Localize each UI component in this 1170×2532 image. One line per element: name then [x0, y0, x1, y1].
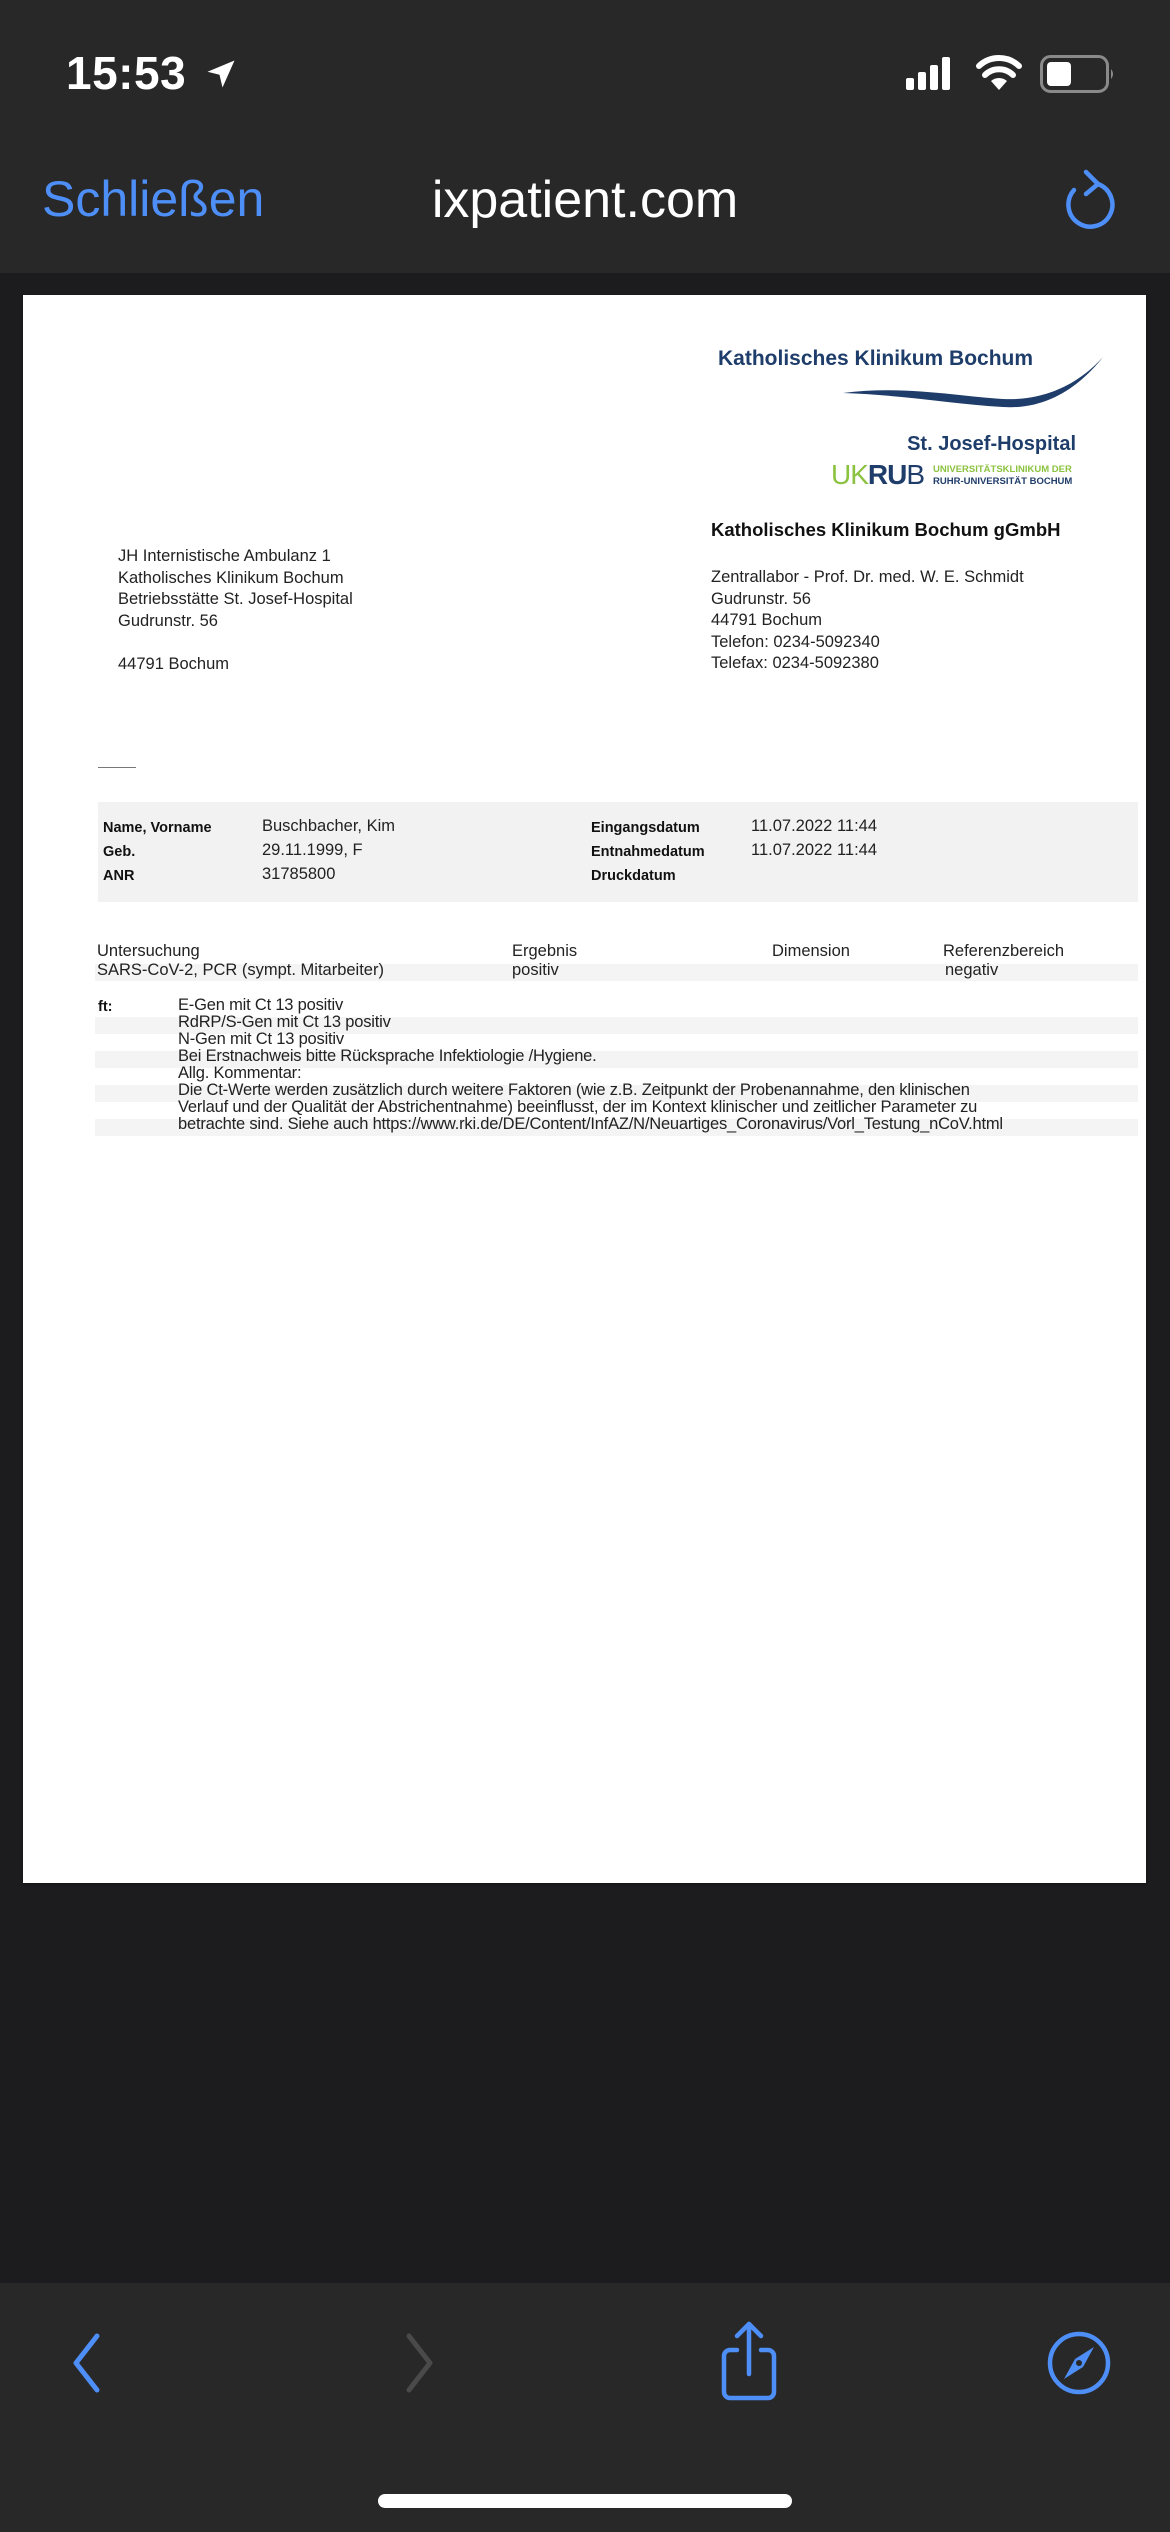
location-arrow-icon [203, 56, 239, 92]
home-indicator[interactable] [378, 2494, 792, 2508]
wifi-icon [976, 52, 1022, 92]
status-time: 15:53 [66, 46, 186, 100]
anr-value: 31785800 [262, 865, 335, 884]
header-reference: Referenzbereich [943, 942, 1064, 961]
name-label: Name, Vorname [103, 820, 212, 836]
result-reference: negativ [945, 961, 998, 980]
reload-icon[interactable] [1060, 168, 1120, 230]
close-button[interactable]: Schließen [42, 170, 264, 228]
findings-label: ft: [98, 999, 113, 1015]
logo-ukrub: UKRUB [831, 459, 924, 491]
document-page[interactable]: Katholisches Klinikum Bochum St. Josef-H… [23, 295, 1146, 1883]
top-bar: 15:53 Schließen ixpatient.com [0, 0, 1170, 273]
result-test: SARS-CoV-2, PCR (sympt. Mitarbeiter) [97, 961, 384, 980]
battery-icon [1040, 55, 1116, 93]
sampled-label: Entnahmedatum [591, 844, 705, 860]
printed-label: Druckdatum [591, 868, 676, 884]
dob-label: Geb. [103, 844, 135, 860]
header-result: Ergebnis [512, 942, 577, 961]
divider [98, 767, 136, 768]
received-value: 11.07.2022 11:44 [751, 817, 877, 836]
sampled-value: 11.07.2022 11:44 [751, 841, 877, 860]
anr-label: ANR [103, 868, 134, 884]
name-value: Buschbacher, Kim [262, 817, 395, 836]
share-icon[interactable] [716, 2320, 782, 2402]
back-icon[interactable] [66, 2330, 106, 2396]
cellular-signal-icon [906, 56, 952, 90]
forward-icon[interactable] [400, 2330, 440, 2396]
org-name: Katholisches Klinikum Bochum gGmbH [711, 519, 1061, 541]
header-test: Untersuchung [97, 942, 200, 961]
finding-line: betrachte sind. Siehe auch https://www.r… [178, 1115, 1003, 1134]
url-title: ixpatient.com [432, 171, 738, 229]
logo-hospital: St. Josef-Hospital [907, 433, 1076, 456]
compass-icon[interactable] [1046, 2330, 1112, 2396]
logo-subtitle: UNIVERSITÄTSKLINIKUM DER RUHR-UNIVERSITÄ… [933, 464, 1072, 488]
received-label: Eingangsdatum [591, 820, 700, 836]
lab-address: Zentrallabor - Prof. Dr. med. W. E. Schm… [711, 567, 1024, 675]
result-value: positiv [512, 961, 559, 980]
recipient-address: JH Internistische Ambulanz 1 Katholische… [118, 546, 353, 675]
dob-value: 29.11.1999, F [262, 841, 363, 860]
patient-info-box: Name, Vorname Buschbacher, Kim Geb. 29.1… [98, 802, 1138, 902]
header-unit: Dimension [772, 942, 850, 961]
logo-swoosh-icon [843, 355, 1103, 411]
